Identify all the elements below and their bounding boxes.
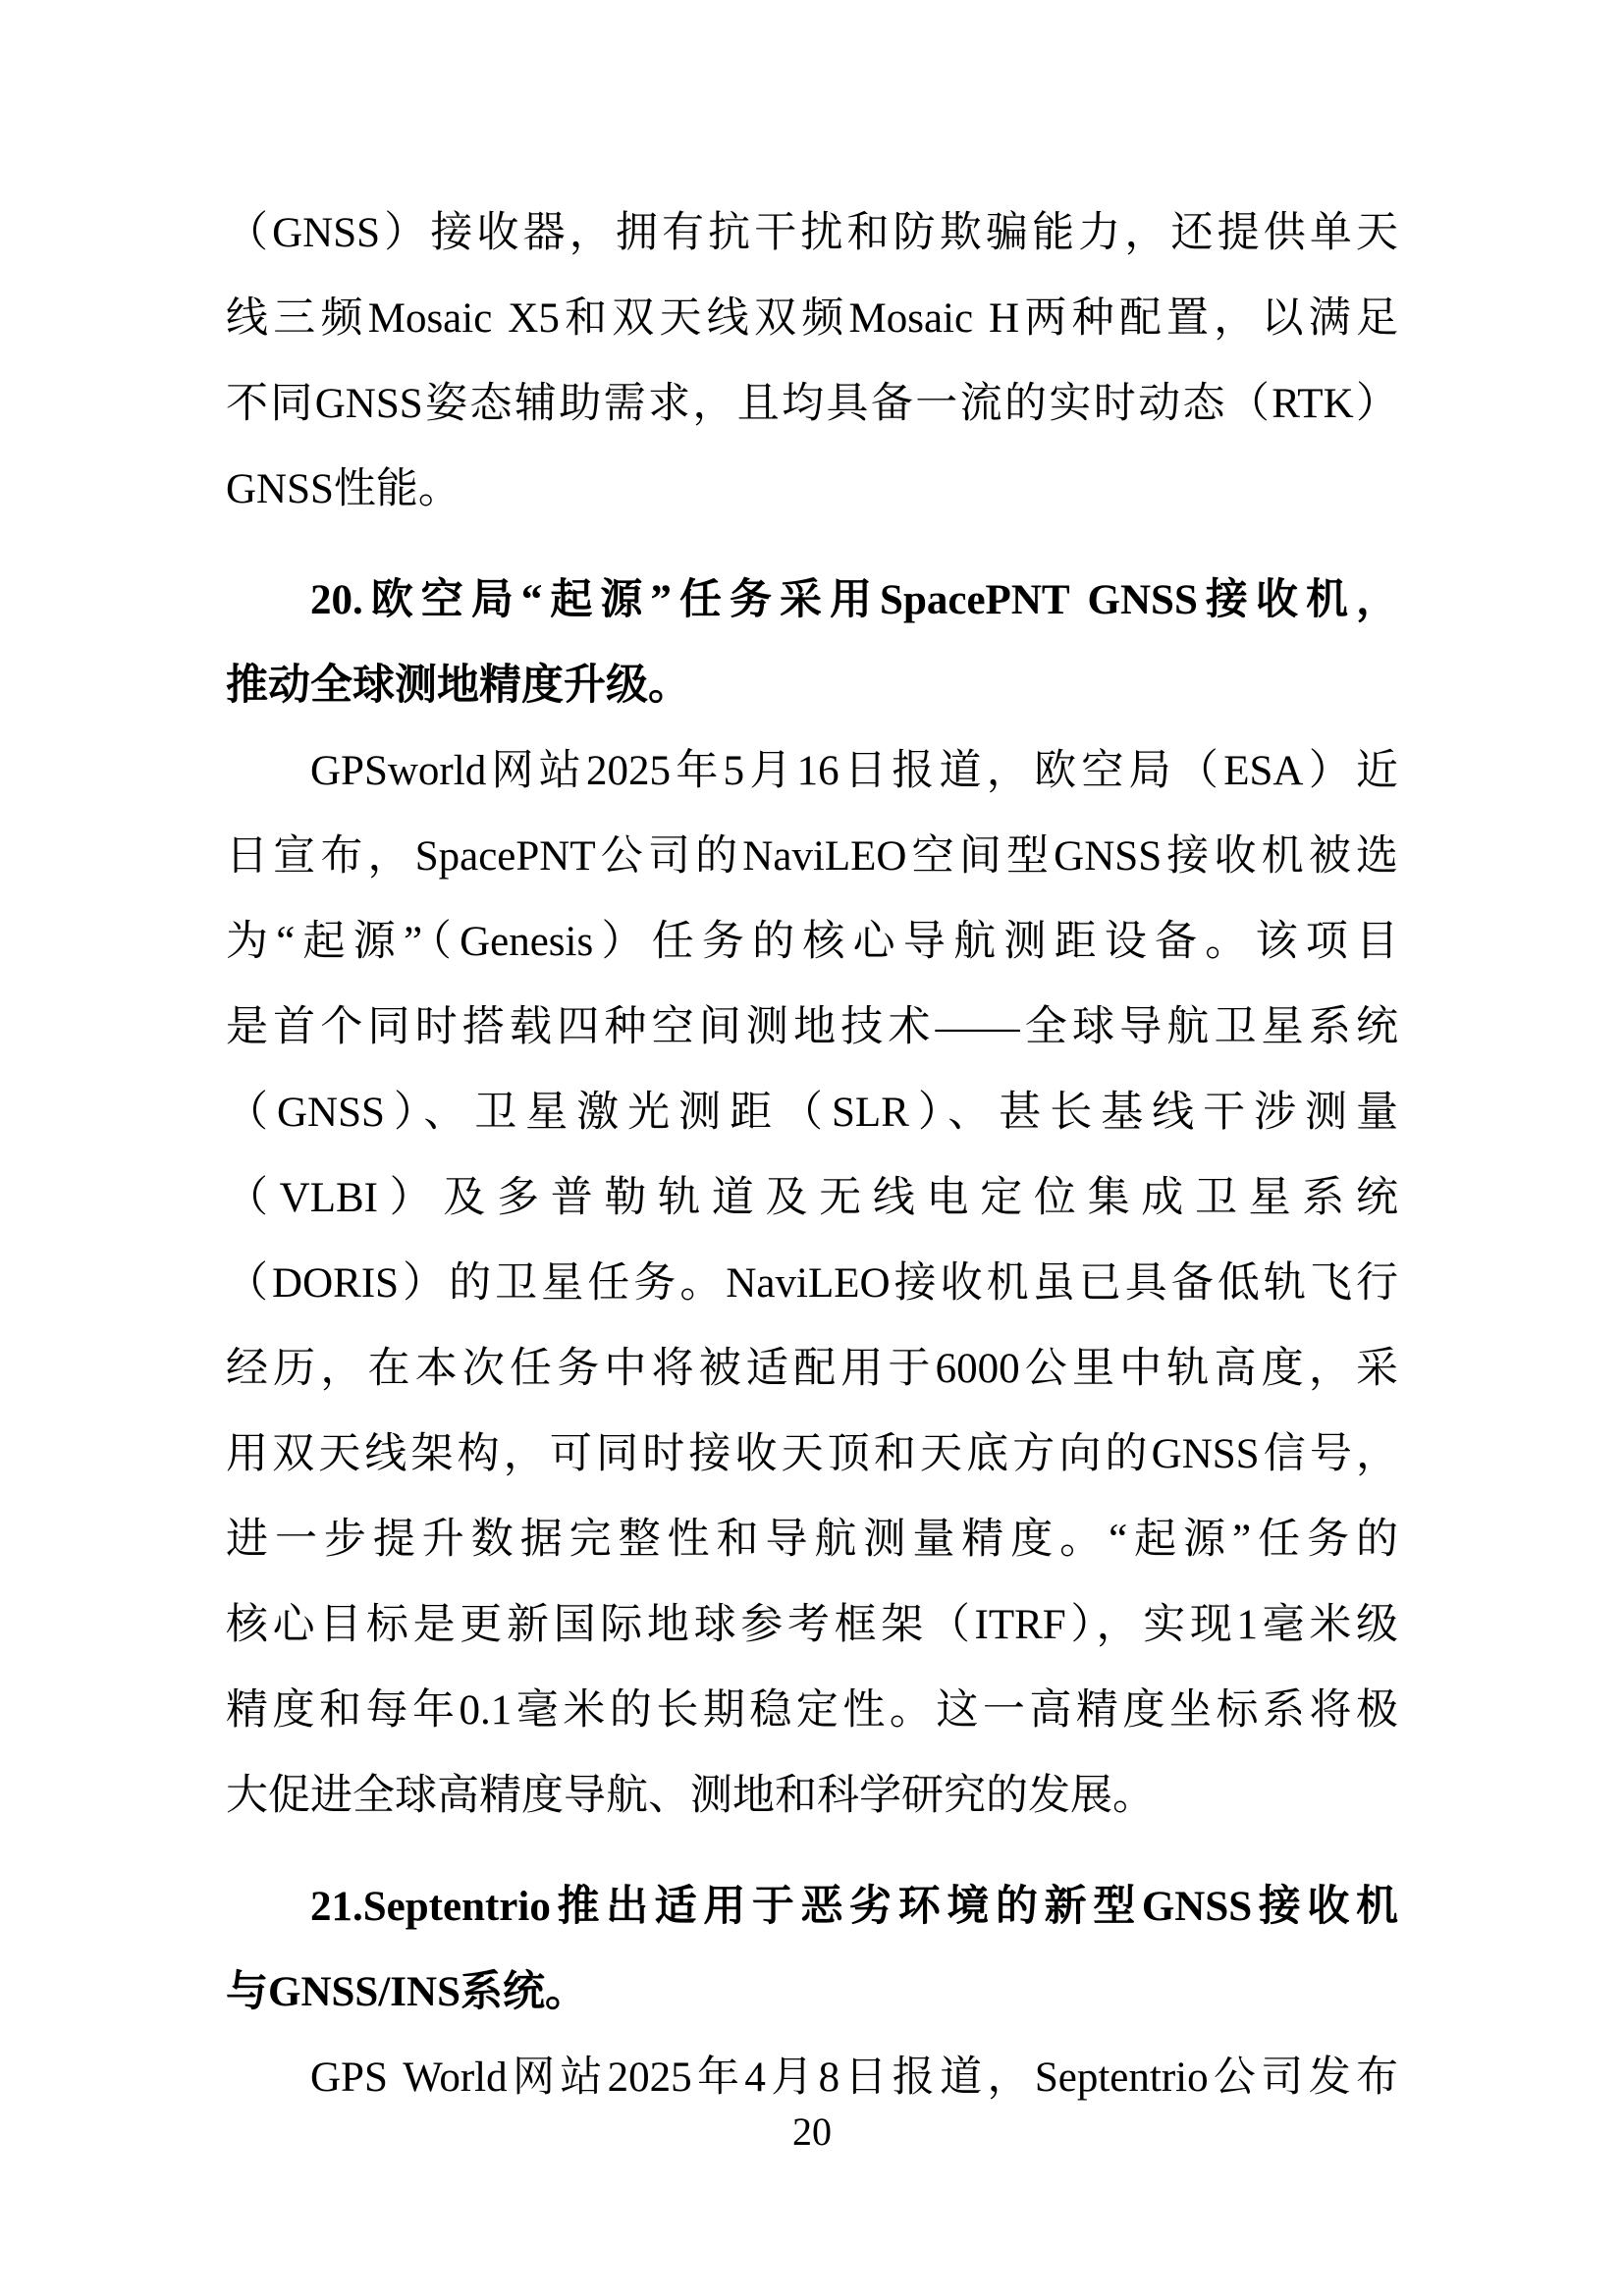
document-blocks: （GNSS）接收器，拥有抗干扰和防欺骗能力，还提供单天线三频Mosaic X5和… — [226, 190, 1398, 2120]
document-page: （GNSS）接收器，拥有抗干扰和防欺骗能力，还提供单天线三频Mosaic X5和… — [0, 0, 1624, 2296]
text-line: 21.Septentrio推出适用于恶劣环境的新型GNSS接收机 — [226, 1864, 1398, 1949]
text-line: 与GNSS/INS系统。 — [226, 1949, 1398, 2035]
text-line: GPSworld网站2025年5月16日报道，欧空局（ESA）近 — [226, 728, 1398, 814]
text-line: 线三频Mosaic X5和双天线双频Mosaic H两种配置，以满足 — [226, 276, 1398, 361]
text-line: （GNSS）、卫星激光测距（SLR）、甚长基线干涉测量 — [226, 1070, 1398, 1155]
text-line: （GNSS）接收器，拥有抗干扰和防欺骗能力，还提供单天 — [226, 190, 1398, 276]
text-line: GNSS性能。 — [226, 447, 1398, 532]
text-line: 20.欧空局“起源”任务采用SpacePNT GNSS接收机， — [226, 558, 1398, 643]
text-line: 是首个同时搭载四种空间测地技术——全球导航卫星系统 — [226, 985, 1398, 1070]
text-line: 不同GNSS姿态辅助需求，且均具备一流的实时动态（RTK） — [226, 361, 1398, 447]
paragraph-item-19-continued: （GNSS）接收器，拥有抗干扰和防欺骗能力，还提供单天线三频Mosaic X5和… — [226, 190, 1398, 532]
text-line: 经历，在本次任务中将被适配用于6000公里中轨高度，采 — [226, 1326, 1398, 1412]
text-line: （DORIS）的卫星任务。NaviLEO接收机虽已具备低轨飞行 — [226, 1241, 1398, 1326]
text-line: （VLBI）及多普勒轨道及无线电定位集成卫星系统 — [226, 1155, 1398, 1241]
heading-item-20: 20.欧空局“起源”任务采用SpacePNT GNSS接收机，推动全球测地精度升… — [226, 558, 1398, 728]
text-line: 大促进全球高精度导航、测地和科学研究的发展。 — [226, 1753, 1398, 1839]
paragraph-item-20: GPSworld网站2025年5月16日报道，欧空局（ESA）近日宣布，Spac… — [226, 728, 1398, 1839]
heading-item-21: 21.Septentrio推出适用于恶劣环境的新型GNSS接收机与GNSS/IN… — [226, 1864, 1398, 2035]
text-line: 为“起源”（Genesis）任务的核心导航测距设备。该项目 — [226, 899, 1398, 985]
text-line: 核心目标是更新国际地球参考框架（ITRF），实现1毫米级 — [226, 1582, 1398, 1668]
text-line: 用双天线架构，可同时接收天顶和天底方向的GNSS信号， — [226, 1412, 1398, 1497]
text-line: 推动全球测地精度升级。 — [226, 643, 1398, 728]
page-number: 20 — [0, 2103, 1624, 2162]
text-line: 日宣布，SpacePNT公司的NaviLEO空间型GNSS接收机被选 — [226, 814, 1398, 899]
text-line: 精度和每年0.1毫米的长期稳定性。这一高精度坐标系将极 — [226, 1668, 1398, 1753]
text-line: 进一步提升数据完整性和导航测量精度。“起源”任务的 — [226, 1497, 1398, 1582]
